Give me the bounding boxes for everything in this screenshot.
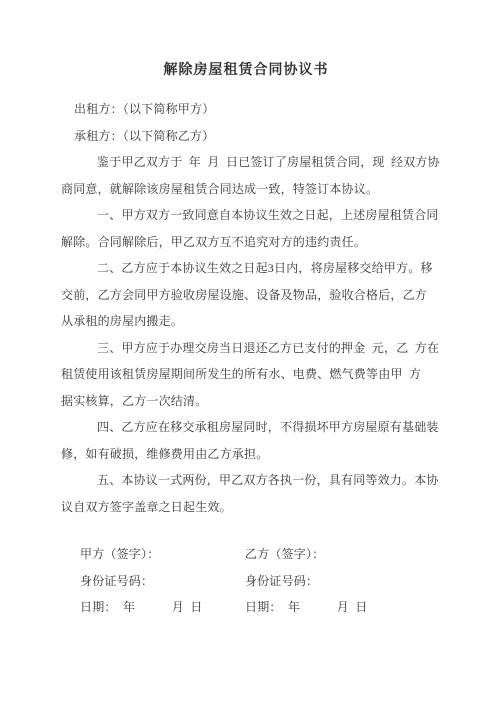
party-b-signature-column: 乙方（签字）： 身份证号码： 日期： 年 月 日	[245, 541, 368, 621]
lessor-line: 出租方：（以下简称甲方）	[61, 96, 453, 123]
party-a-signature-column: 甲方（签字）： 身份证号码： 日期： 年 月 日	[61, 541, 245, 621]
party-b-id-line: 身份证号码：	[245, 568, 368, 595]
document-body: 出租方：（以下简称甲方） 承租方：（以下简称乙方） 鉴于甲乙双方于 年 月 日已…	[61, 96, 453, 621]
party-b-sign-line: 乙方（签字）：	[245, 541, 368, 568]
lessee-line: 承租方：（以下简称乙方）	[61, 123, 453, 150]
document-page: 解除房屋租赁合同协议书 出租方：（以下简称甲方） 承租方：（以下简称乙方） 鉴于…	[0, 0, 500, 707]
clause-5-paragraph: 五、本协议一式两份，甲乙双方各执一份，具有同等效力。本协 议自双方签字盖章之日起…	[61, 467, 453, 520]
signature-block: 甲方（签字）： 身份证号码： 日期： 年 月 日 乙方（签字）： 身份证号码： …	[61, 541, 453, 621]
party-a-sign-line: 甲方（签字）：	[80, 541, 245, 568]
clause-1-paragraph: 一、甲方双方一致同意自本协议生效之日起，上述房屋租赁合同 解除。合同解除后，甲乙…	[61, 202, 453, 255]
clause-2-paragraph: 二、乙方应于本协议生效之日起3日内，将房屋移交给甲方。移 交前，乙方会同甲方验收…	[61, 255, 453, 335]
clause-3-paragraph: 三、甲方应于办理交房当日退还乙方已支付的押金 元，乙 方在 租赁使用该租赁房屋期…	[61, 335, 453, 415]
party-a-date-line: 日期： 年 月 日	[80, 594, 245, 621]
party-a-id-line: 身份证号码：	[80, 568, 245, 595]
party-b-date-line: 日期： 年 月 日	[245, 594, 368, 621]
document-title: 解除房屋租赁合同协议书	[61, 59, 431, 83]
clause-4-paragraph: 四、乙方应在移交承租房屋同时，不得损坏甲方房屋原有基础装 修，如有破损，维修费用…	[61, 414, 453, 467]
intro-paragraph: 鉴于甲乙双方于 年 月 日已签订了房屋租赁合同，现 经双方协 商同意，就解除该房…	[61, 149, 453, 202]
